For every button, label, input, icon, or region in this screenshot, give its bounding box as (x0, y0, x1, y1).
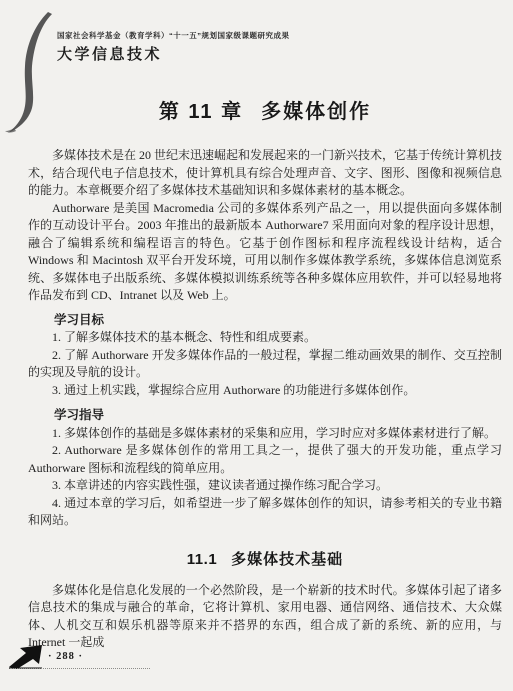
section-paragraph-1: 多媒体化是信息化发展的一个必然阶段，是一个崭新的技术时代。多媒体引起了诸多信息技… (28, 582, 502, 652)
section-name: 多媒体技术基础 (231, 551, 343, 568)
guidance-item: 2. Authorware 是多媒体创作的常用工具之一，提供了强大的开发功能，重… (28, 442, 502, 477)
intro-paragraph-1: 多媒体技术是在 20 世纪末迅速崛起和发展起来的一门新兴技术，它基于传统计算机技… (28, 147, 502, 200)
page-number: · 288 · (48, 651, 83, 662)
chapter-number: 第 11 章 (159, 101, 243, 123)
objectives-heading: 学习目标 (28, 312, 502, 330)
section-heading: 11.1多媒体技术基础 (28, 548, 502, 569)
book-page: 国家社会科学基金（教育学科）“十一五”规划国家级课题研究成果 大学信息技术 第 … (0, 0, 513, 691)
objectives-item: 1. 了解多媒体技术的基本概念、特性和组成要素。 (28, 329, 502, 347)
guidance-item: 4. 通过本章的学习后，如希望进一步了解多媒体创作的知识，请参考相关的专业书籍和… (28, 495, 502, 530)
arrow-icon (8, 644, 44, 669)
chapter-title: 第 11 章多媒体创作 (28, 95, 502, 124)
objectives-item: 3. 通过上机实践，掌握综合应用 Authorware 的功能进行多媒体创作。 (28, 382, 502, 400)
page-content: 第 11 章多媒体创作 多媒体技术是在 20 世纪末迅速崛起和发展起来的一门新兴… (28, 0, 502, 652)
guidance-heading: 学习指导 (28, 407, 502, 425)
page-footer: · 288 · (8, 642, 168, 674)
section-number: 11.1 (187, 551, 217, 568)
objectives-item: 2. 了解 Authorware 开发多媒体作品的一般过程，掌握二维动画效果的制… (28, 347, 502, 382)
guidance-item: 3. 本章讲述的内容实践性强，建议读者通过操作练习配合学习。 (28, 477, 502, 495)
intro-paragraph-2: Authorware 是美国 Macromedia 公司的多媒体系列产品之一，用… (28, 200, 502, 305)
footer-divider (10, 668, 150, 669)
chapter-name: 多媒体创作 (261, 101, 371, 123)
guidance-item: 1. 多媒体创作的基础是多媒体素材的采集和应用，学习时应对多媒体素材进行了解。 (28, 425, 502, 443)
